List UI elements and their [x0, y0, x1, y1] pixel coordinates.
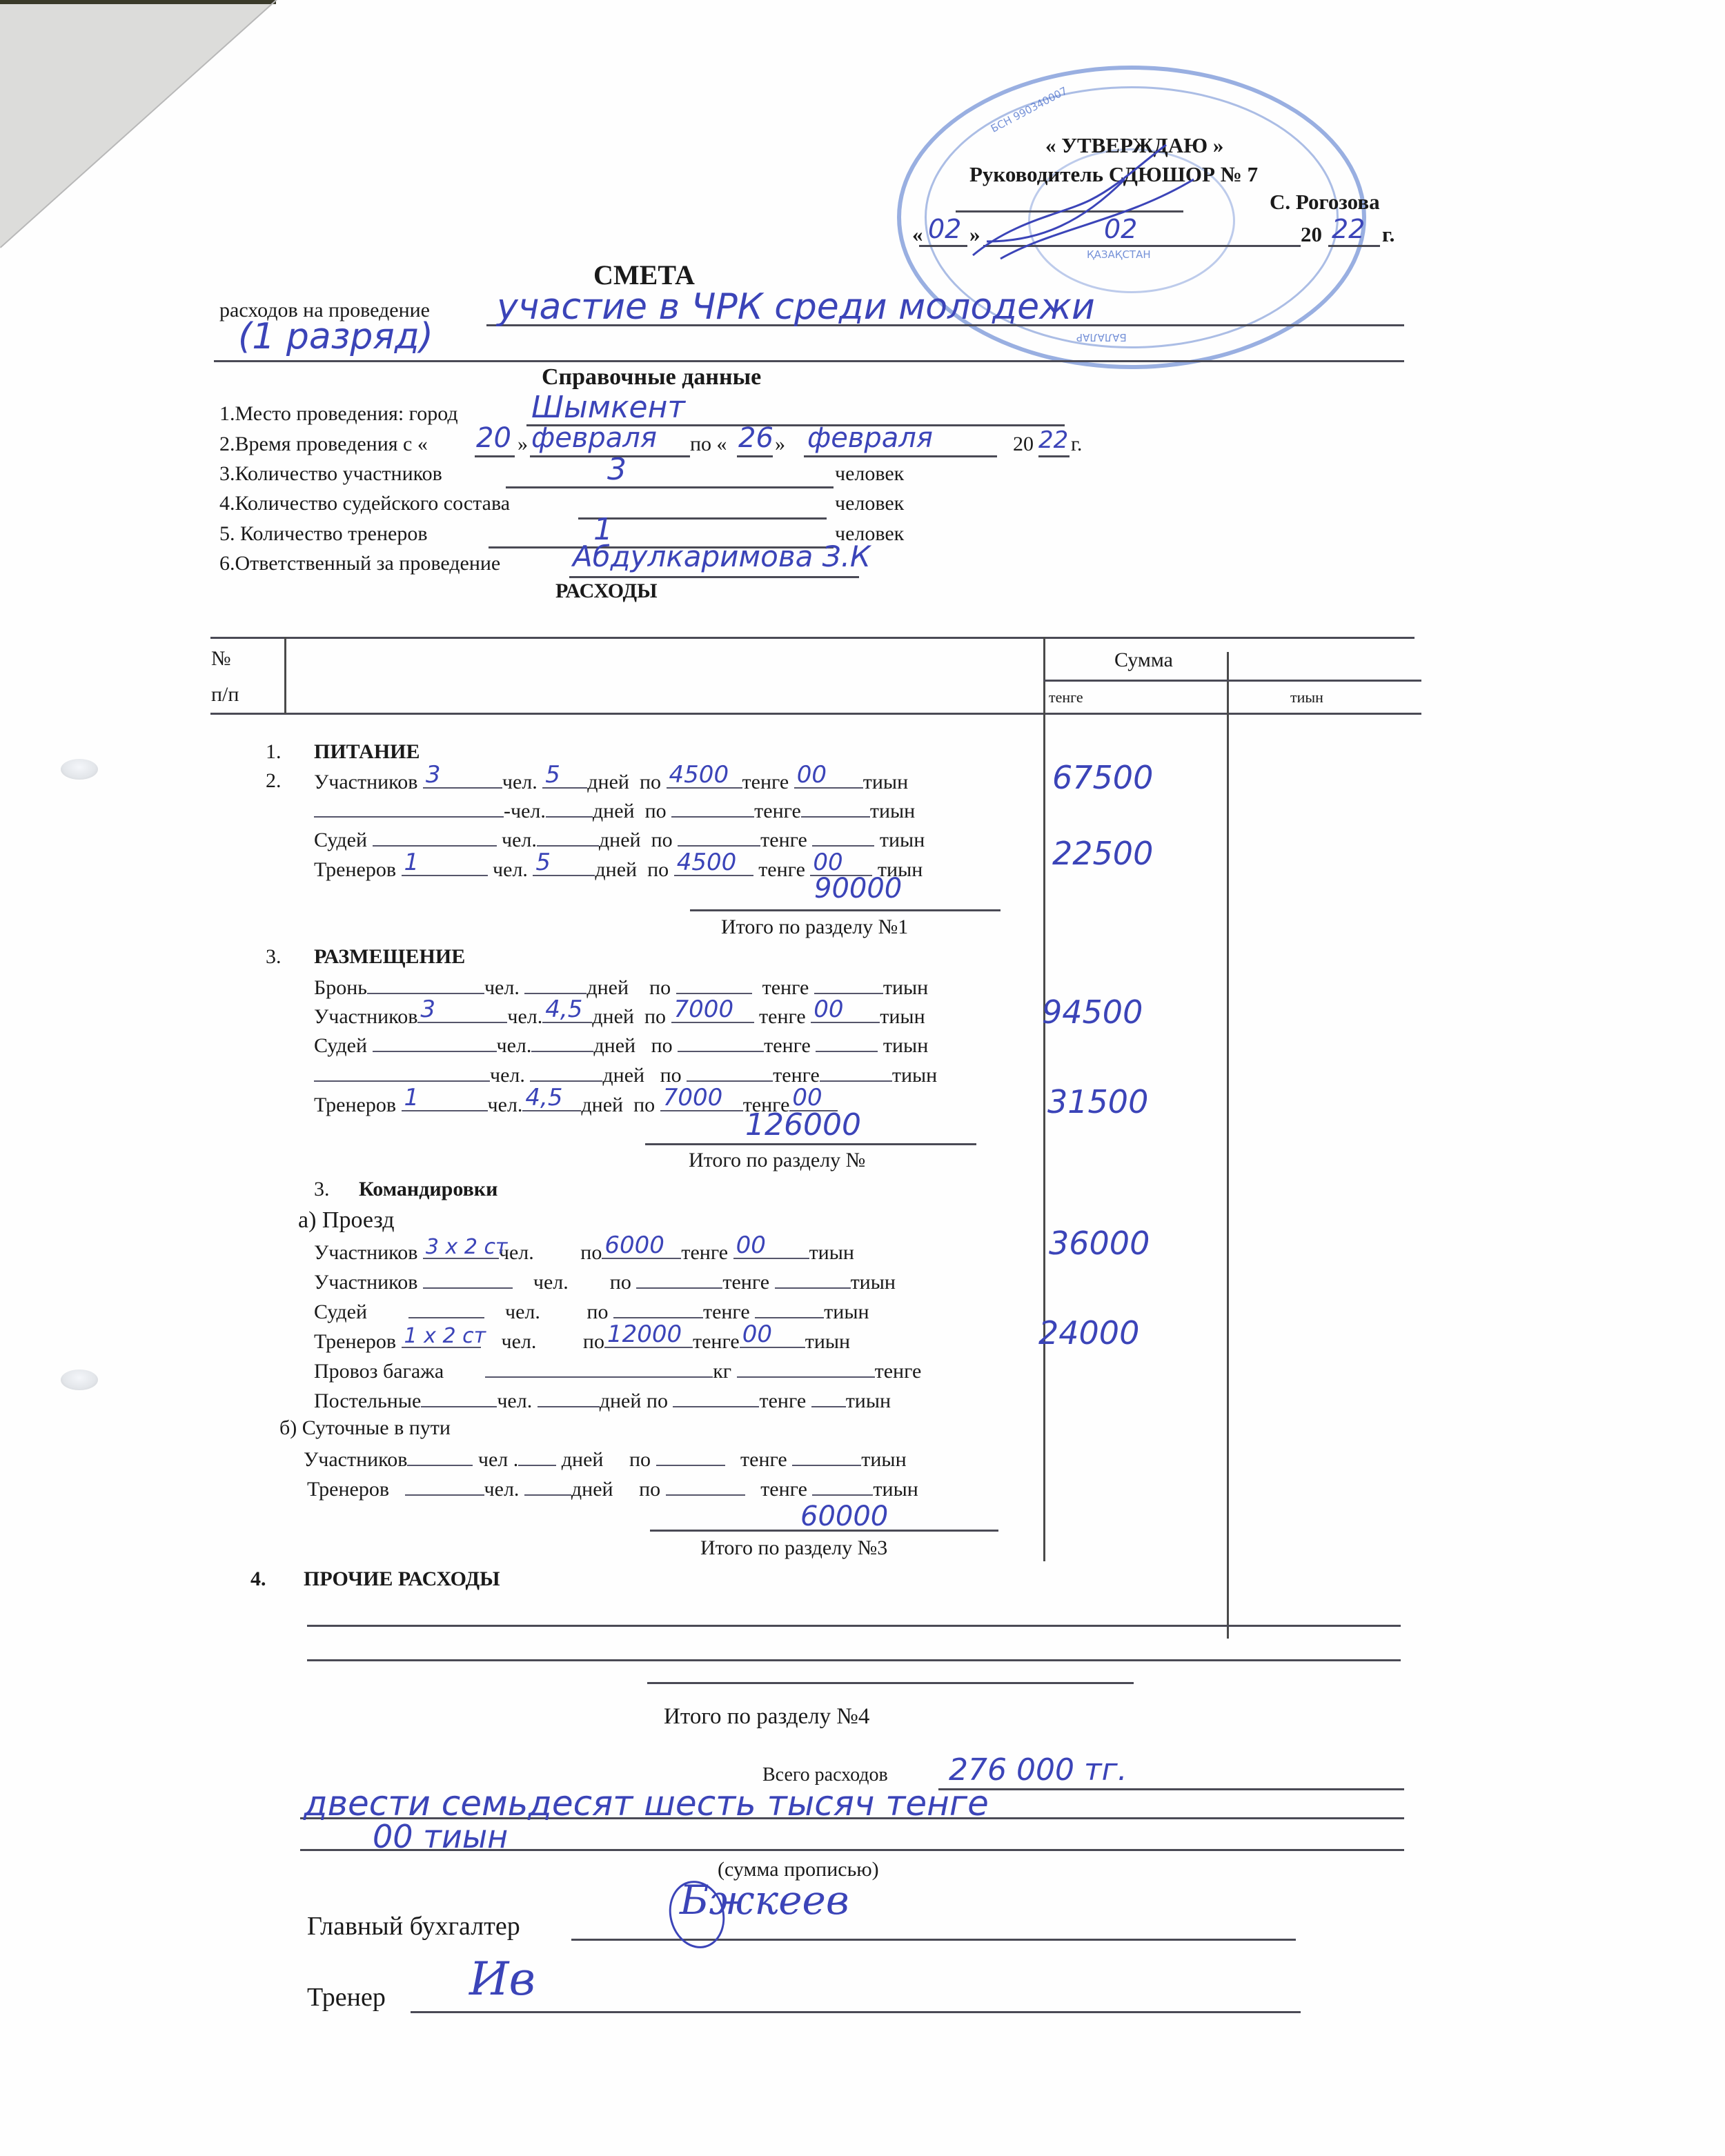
table-sum-subheader-border	[1043, 680, 1421, 682]
rate-value: 4500	[669, 761, 729, 789]
people-field[interactable]	[373, 1033, 497, 1052]
section-lodging-num: 3.	[266, 945, 282, 969]
col-sum-header: Сумма	[1114, 649, 1173, 672]
unit-tenge: тенге	[759, 1005, 806, 1028]
approval-day: 02	[928, 214, 961, 244]
unit-tiyn: тиын	[870, 800, 915, 822]
col-no-header: №	[211, 647, 231, 671]
row-label: Тренеров	[314, 1094, 396, 1116]
days-field[interactable]: 4,5	[522, 1092, 581, 1111]
travel-amount-coaches: 24000	[1038, 1314, 1139, 1352]
rate-field[interactable]	[671, 798, 754, 818]
days-field[interactable]	[530, 1062, 602, 1082]
tiyn-value: 00	[742, 1321, 772, 1348]
unit-tiyn: тиын	[809, 1241, 854, 1264]
unit-people: чел.	[488, 1094, 523, 1116]
ref-responsible-line	[569, 576, 859, 578]
unit-days: дней	[592, 1005, 634, 1028]
coach-label: Тренер	[307, 1982, 386, 2012]
unit-people: чел.	[502, 1330, 537, 1353]
unit-people: чел.	[533, 1271, 569, 1294]
coach-signature-line[interactable]	[411, 2011, 1301, 2013]
total-value: 276 000 тг.	[949, 1752, 1127, 1788]
table-col-divider-tiyn	[1227, 652, 1229, 1639]
people-field[interactable]: 3	[423, 769, 502, 789]
people-value: 3	[420, 996, 435, 1023]
unit-days: дней	[586, 976, 629, 999]
section-other-title: ПРОЧИЕ РАСХОДЫ	[304, 1567, 500, 1591]
days-value: 4,5	[525, 1084, 562, 1111]
unit-per: по	[580, 1241, 602, 1264]
rate-value: 7000	[674, 996, 734, 1023]
row-label: Бронь	[314, 976, 367, 999]
tiyn-field[interactable]: 00	[811, 1004, 880, 1023]
section-lodging-title: РАЗМЕЩЕНИЕ	[314, 945, 465, 969]
unit-tiyn: тиын	[892, 1064, 937, 1087]
food-row-participants: Участников 3чел. 5дней по 4500тенге 00ти…	[314, 769, 908, 794]
row-label: Участников	[314, 1241, 417, 1264]
food-subtotal-label: Итого по разделу №1	[721, 916, 908, 939]
days-value: 4,5	[545, 996, 582, 1023]
tiyn-value: 00	[813, 849, 842, 876]
scan-edge	[0, 0, 276, 4]
tiyn-field[interactable]	[812, 1476, 873, 1496]
unit-people: чел.	[502, 829, 537, 851]
row-label: Участников	[314, 1005, 417, 1028]
travel-row-judges: Судей чел. по тенге тиын	[314, 1299, 869, 1324]
col-no-header-2: п/п	[211, 683, 239, 706]
ref-to-close-quote: »	[775, 433, 785, 456]
label-field[interactable]	[314, 1062, 490, 1082]
section-travel-num: 3.	[314, 1178, 330, 1201]
rate-field[interactable]	[656, 1447, 725, 1466]
ref-year: 22	[1038, 426, 1068, 454]
people-field[interactable]	[373, 827, 497, 847]
tiyn-field[interactable]	[792, 1447, 861, 1466]
unit-people: чел.	[490, 1064, 525, 1087]
ref-responsible-label: 6.Ответственный за проведение	[219, 552, 500, 575]
travel-row-bedding: Постельныечел. дней по тенге тиын	[314, 1388, 891, 1413]
approval-name: С. Рогозова	[1270, 190, 1380, 215]
ref-coaches-label: 5. Количество тренеров	[219, 522, 428, 546]
ref-to-month: февраля	[807, 422, 933, 454]
unit-per: по	[586, 1300, 608, 1323]
travel-row-participants: Участников 3 x 2 стчел. по6000тенге 00ти…	[314, 1240, 854, 1265]
unit-per: по	[645, 800, 667, 822]
people-value: 1	[404, 1084, 420, 1111]
people-field[interactable]: 3	[417, 1004, 507, 1023]
unit-per: по	[647, 858, 669, 881]
table-top-border	[210, 637, 1414, 639]
tiyn-field[interactable]: 00	[733, 1240, 809, 1259]
rate-field[interactable]	[678, 827, 760, 847]
unit-tenge: тенге	[758, 858, 805, 881]
unit-tenge: тенге	[764, 1034, 811, 1057]
unit-tiyn: тиын	[846, 1389, 891, 1412]
accountant-signature-loop	[662, 1880, 745, 1970]
unit-tiyn: тиын	[883, 1034, 928, 1057]
travel-amount-participants: 36000	[1049, 1225, 1150, 1262]
unit-people: чел.	[484, 976, 520, 999]
ref-judges-unit: человек	[835, 492, 904, 515]
section-food-title: ПИТАНИЕ	[314, 740, 420, 764]
days-field[interactable]	[531, 1033, 593, 1052]
ref-place-value: Шымкент	[531, 390, 685, 425]
ref-to-day: 26	[738, 422, 773, 454]
unit-tenge: тенге	[740, 1448, 787, 1471]
purpose-value-1: участие в ЧРК среди молодежи	[497, 286, 1095, 328]
unit-people: чел .	[478, 1448, 518, 1471]
people-value: 3	[426, 761, 441, 789]
unit-per: по	[583, 1330, 604, 1353]
unit-tenge: тенге	[754, 800, 801, 822]
row-label: Участников	[314, 771, 417, 793]
per-diem-row-participants: Участников чел . дней по тенге тиын	[304, 1447, 907, 1472]
col-tiyn-header: тиын	[1290, 689, 1323, 706]
unit-people: чел.	[497, 1389, 532, 1412]
rate-field[interactable]: 4500	[667, 769, 742, 789]
section-travel-title: Командировки	[359, 1178, 497, 1201]
ref-participants-label: 3.Количество участников	[219, 462, 442, 486]
unit-days: дней	[595, 858, 637, 881]
ref-judges-line	[578, 517, 827, 520]
rate-field[interactable]	[687, 1062, 773, 1082]
food-amount-participants: 67500	[1052, 759, 1153, 796]
label-field[interactable]	[314, 798, 504, 818]
unit-per: по	[651, 829, 673, 851]
tiyn-value: 00	[736, 1232, 766, 1259]
people-value: 3 x 2 ст	[426, 1235, 508, 1259]
unit-tenge: тенге	[762, 976, 809, 999]
unit-tiyn: тиын	[873, 1478, 918, 1501]
ref-year-prefix: 20	[1013, 433, 1034, 456]
approval-year-suffix: г.	[1382, 222, 1394, 247]
unit-tiyn: тиын	[880, 1005, 925, 1028]
ref-to-day-line	[737, 455, 773, 457]
rate-field[interactable]: 7000	[671, 1004, 754, 1023]
food-amount-coaches: 22500	[1052, 835, 1153, 872]
table-col-divider-tenge	[1043, 637, 1045, 1561]
stamp-text: БАЛАЛАР	[1076, 331, 1127, 344]
days-field[interactable]	[538, 1388, 600, 1407]
accountant-label: Главный бухгалтер	[307, 1911, 520, 1941]
unit-tenge: тенге	[875, 1360, 922, 1383]
purpose-value-2: (1 разряд)	[238, 316, 433, 357]
unit-tenge: тенге	[759, 1389, 806, 1412]
tiyn-field[interactable]	[755, 1299, 824, 1318]
coach-signature: Ив	[469, 1952, 535, 2006]
rate-field[interactable]: 4500	[674, 857, 753, 876]
table-col-divider	[284, 637, 286, 714]
travel-sub-a: а) Проезд	[298, 1207, 395, 1234]
unit-days: дней	[593, 800, 635, 822]
rate-field[interactable]	[613, 1299, 703, 1318]
ref-from-month: февраля	[531, 422, 657, 454]
days-field[interactable]	[518, 1447, 556, 1466]
total-words-2: 00 тиын	[373, 1818, 508, 1855]
unit-tenge: тенге	[760, 829, 807, 851]
ref-year-suffix: г.	[1071, 433, 1082, 456]
lodging-amount-participants: 94500	[1042, 993, 1143, 1031]
people-value: 1	[404, 849, 420, 876]
row-label: Участников	[314, 1271, 417, 1294]
unit-per: по	[651, 1034, 673, 1057]
row-label: Участников	[304, 1448, 407, 1471]
unit-days: дней	[581, 1094, 623, 1116]
rate-field[interactable]	[666, 1476, 745, 1496]
tiyn-field[interactable]	[816, 1033, 878, 1052]
rate-field[interactable]: 12000	[604, 1329, 693, 1348]
lodging-amount-coaches: 31500	[1047, 1083, 1148, 1120]
unit-days: дней	[602, 1064, 644, 1087]
ref-participants-unit: человек	[835, 462, 904, 486]
days-field[interactable]	[537, 827, 599, 847]
unit-per: по	[644, 1005, 666, 1028]
punch-hole	[61, 1369, 98, 1390]
tiyn-field[interactable]	[812, 827, 874, 847]
unit-per: по	[649, 976, 671, 999]
unit-per: по	[640, 771, 661, 793]
kg-field[interactable]	[485, 1358, 713, 1378]
people-field[interactable]: 3 x 2 ст	[423, 1240, 499, 1259]
rate-field[interactable]	[636, 1269, 722, 1289]
unit-tenge: тенге	[722, 1271, 769, 1294]
approval-signature	[959, 138, 1207, 269]
section-food-num: 1.	[266, 740, 282, 764]
people-field[interactable]: 1	[402, 1092, 488, 1111]
unit-days-per: дней по	[600, 1389, 668, 1412]
travel-subtotal-label: Итого по разделу №3	[700, 1536, 887, 1560]
days-field[interactable]: 4,5	[542, 1004, 592, 1023]
ref-from-day: 20	[476, 422, 511, 454]
days-field[interactable]: 5	[542, 769, 587, 789]
rate-value: 4500	[677, 849, 737, 876]
rate-field[interactable]	[673, 1388, 759, 1407]
people-field[interactable]: 1	[402, 857, 488, 876]
lodging-subtotal-line	[645, 1143, 976, 1145]
rate-value: 7000	[663, 1084, 723, 1111]
expenses-heading: РАСХОДЫ	[555, 580, 658, 603]
unit-per: по	[629, 1448, 651, 1471]
people-field[interactable]	[407, 1447, 473, 1466]
food-subtotal-line	[690, 909, 1000, 911]
unit-days: дней	[599, 829, 641, 851]
unit-days: дней	[571, 1478, 613, 1501]
rate-field[interactable]	[678, 1033, 764, 1052]
row-label: Судей	[314, 829, 367, 851]
travel-row-participants-2: Участников чел. по тенге тиын	[314, 1269, 896, 1294]
row-label: Тренеров	[314, 858, 396, 881]
purpose-line-2	[214, 360, 1404, 362]
people-field[interactable]	[423, 1269, 513, 1289]
days-field[interactable]: 5	[533, 857, 595, 876]
tiyn-field[interactable]: 00	[740, 1329, 805, 1348]
days-field[interactable]	[524, 1476, 571, 1496]
tenge-field[interactable]	[737, 1358, 875, 1378]
lodging-row-judges: Судей чел.дней по тенге тиын	[314, 1033, 928, 1058]
ref-dates-label: 2.Время проведения с «	[219, 433, 428, 456]
travel-subtotal-line	[650, 1530, 998, 1532]
unit-people: чел.	[493, 858, 528, 881]
unit-tenge: тенге	[742, 771, 789, 793]
unit-tiyn: тиын	[880, 829, 925, 851]
unit-tiyn: тиын	[805, 1330, 850, 1353]
row-label: Судей	[314, 1034, 367, 1057]
tiyn-field[interactable]: 00	[794, 769, 863, 789]
approval-date-open-quote: «	[912, 222, 923, 247]
row-label: Провоз багажа	[314, 1360, 444, 1383]
row-label: Судей	[314, 1300, 367, 1323]
other-expense-line-2[interactable]	[307, 1659, 1401, 1661]
rate-value: 12000	[607, 1321, 682, 1348]
unit-tiyn: тиын	[861, 1448, 906, 1471]
section-food-row-num: 2.	[266, 769, 282, 793]
section-other-num: 4.	[250, 1567, 266, 1591]
tiyn-field[interactable]	[811, 1388, 846, 1407]
rate-field[interactable]: 7000	[660, 1092, 743, 1111]
col-tenge-header: тенге	[1049, 689, 1083, 706]
other-expense-line-1[interactable]	[307, 1625, 1401, 1627]
ref-judges-label: 4.Количество судейского состава	[219, 492, 510, 515]
unit-people: чел.	[505, 1300, 540, 1323]
unit-kg: кг	[713, 1360, 731, 1383]
table-header-bottom-border	[210, 713, 1421, 715]
unit-people: чел.	[511, 800, 546, 822]
unit-tiyn: тиын	[851, 1271, 896, 1294]
row-label: Тренеров	[314, 1330, 396, 1353]
people-field[interactable]: 1 x 2 ст	[402, 1329, 481, 1348]
unit-tenge: тенге	[693, 1330, 740, 1353]
ref-from-day-line	[475, 455, 515, 457]
tiyn-value: 00	[797, 761, 827, 789]
total-line	[938, 1788, 1404, 1790]
tiyn-field[interactable]	[801, 798, 870, 818]
unit-days: дней	[593, 1034, 635, 1057]
unit-tenge: тенге	[681, 1241, 728, 1264]
punch-hole	[61, 759, 98, 780]
dash: -	[504, 800, 511, 822]
unit-days: дней	[562, 1448, 604, 1471]
reference-heading: Справочные данные	[542, 364, 761, 390]
ref-place-label: 1.Место проведения: город	[219, 402, 458, 426]
lodging-subtotal-value: 126000	[745, 1107, 861, 1143]
per-diem-row-coaches: Тренеров чел. дней по тенге тиын	[307, 1476, 918, 1501]
unit-per: по	[639, 1478, 660, 1501]
travel-row-coaches: Тренеров 1 x 2 ст чел. по12000тенге00тиы…	[314, 1329, 850, 1354]
unit-days: дней	[587, 771, 629, 793]
unit-people: чел.	[484, 1478, 520, 1501]
lodging-subtotal-label: Итого по разделу №	[689, 1149, 865, 1172]
travel-sub-b: б) Суточные в пути	[279, 1416, 451, 1440]
people-field[interactable]	[408, 1299, 484, 1318]
days-value: 5	[545, 761, 560, 789]
ref-to-label: по «	[690, 433, 727, 456]
unit-tiyn: тиын	[824, 1300, 869, 1323]
lodging-row-participants: Участников3чел.4,5дней по 7000 тенге 00т…	[314, 1004, 925, 1029]
tiyn-value: 00	[814, 996, 843, 1023]
rate-field[interactable]: 6000	[602, 1240, 681, 1259]
days-field[interactable]	[524, 975, 586, 994]
ref-dates-close-quote: »	[517, 433, 528, 456]
unit-tiyn: тиын	[863, 771, 908, 793]
date-year-line	[1328, 245, 1380, 247]
days-field[interactable]	[546, 798, 593, 818]
row-label: Тренеров	[307, 1478, 389, 1501]
days-value: 5	[535, 849, 551, 876]
unit-people: чел.	[502, 771, 538, 793]
rate-field[interactable]	[676, 975, 752, 994]
approval-year: 22	[1332, 214, 1365, 244]
tiyn-field[interactable]	[820, 1062, 892, 1082]
rate-value: 6000	[604, 1232, 664, 1259]
other-subtotal-line	[647, 1682, 1134, 1684]
unit-people: чел.	[507, 1005, 542, 1028]
unit-tenge: тенге	[760, 1478, 807, 1501]
travel-row-baggage: Провоз багажа кг тенге	[314, 1358, 921, 1383]
food-subtotal-value: 90000	[814, 873, 902, 904]
approval-year-prefix: 20	[1301, 222, 1322, 247]
ref-participants-line	[506, 486, 834, 488]
unit-tiyn: тиын	[883, 976, 928, 999]
tiyn-field[interactable]	[775, 1269, 851, 1289]
other-subtotal-label: Итого по разделу №4	[664, 1704, 869, 1730]
unit-per: по	[633, 1094, 655, 1116]
ref-participants-value: 3	[607, 452, 627, 487]
ref-to-month-line	[804, 455, 997, 457]
food-row-blank: -чел.дней по тенгетиын	[314, 798, 915, 823]
row-label: Постельные	[314, 1389, 421, 1412]
unit-per: по	[610, 1271, 631, 1294]
people-value: 1 x 2 ст	[404, 1324, 486, 1348]
people-field[interactable]	[367, 975, 484, 994]
ref-responsible-value: Абдулкаримова З.К	[573, 540, 871, 573]
ref-year-line	[1038, 455, 1069, 457]
tiyn-field[interactable]	[814, 975, 883, 994]
unit-people: чел.	[497, 1034, 532, 1057]
travel-subtotal-value: 60000	[800, 1501, 888, 1532]
people-field[interactable]	[405, 1476, 484, 1496]
people-field[interactable]	[421, 1388, 497, 1407]
